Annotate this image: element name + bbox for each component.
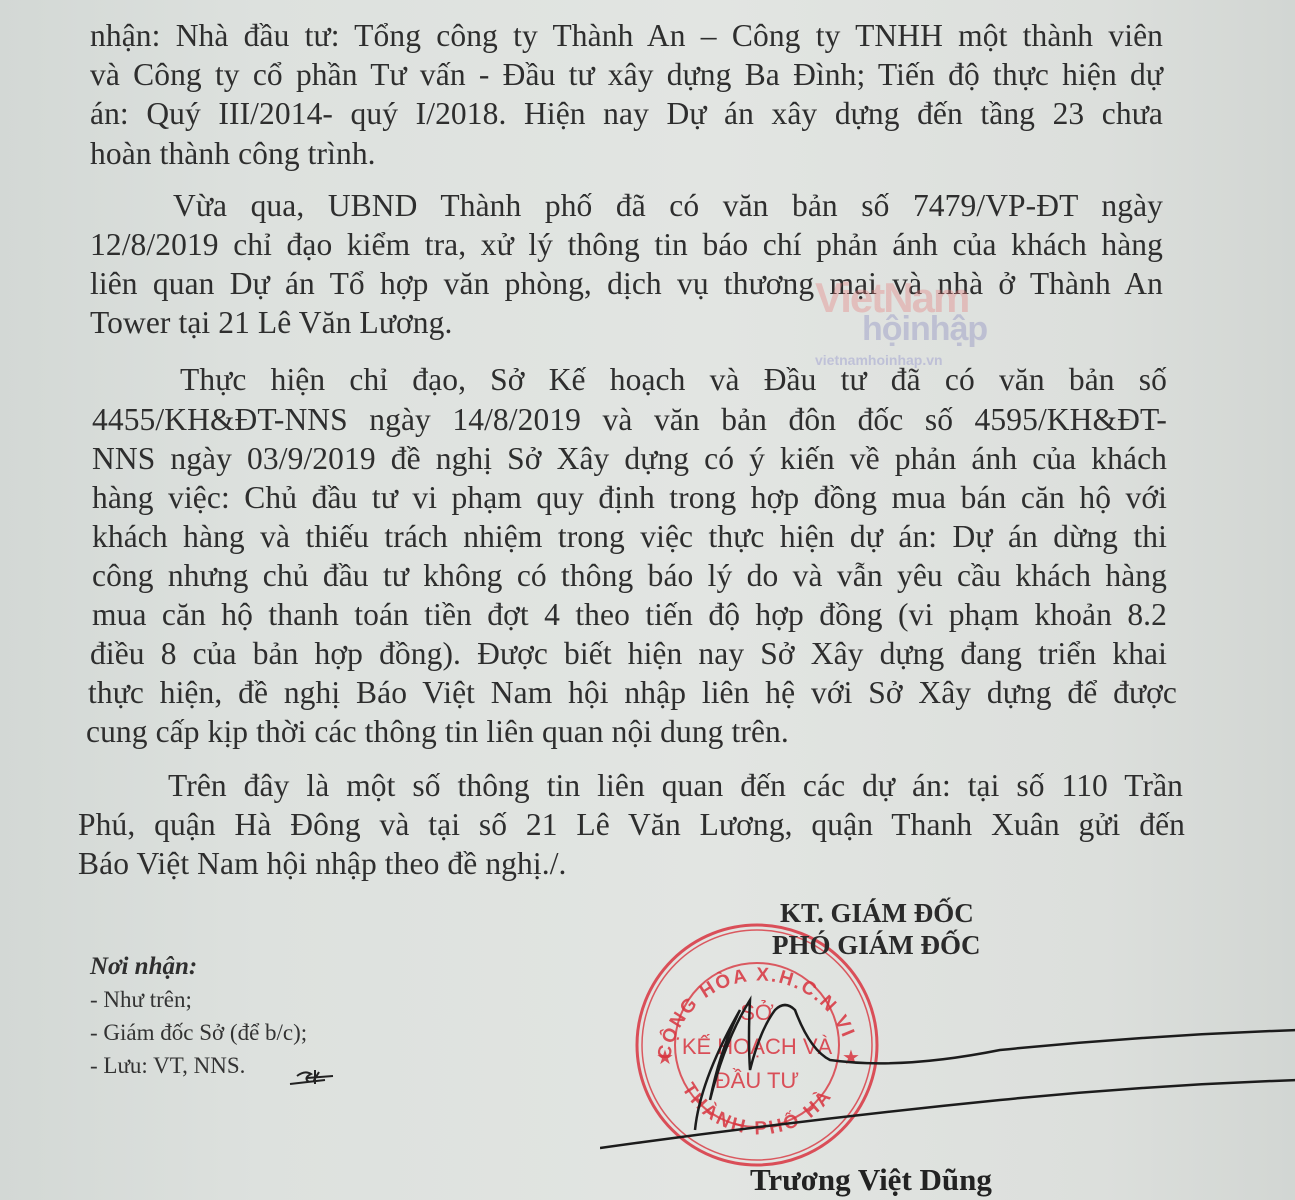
paragraph-3-line-9: thực hiện, đề nghị Báo Việt Nam hội nhập… [88,677,1177,709]
paragraph-3-line-6: công nhưng chủ đầu tư không có thông báo… [92,560,1167,592]
paragraph-1-line-1: nhận: Nhà đầu tư: Tổng công ty Thành An … [90,20,1163,52]
paragraph-4-line-3: Báo Việt Nam hội nhập theo đề nghị./. [78,848,567,880]
paragraph-1-line-2: và Công ty cổ phần Tư vấn - Đầu tư xây d… [90,59,1163,91]
signature-title-line-1: KT. GIÁM ĐỐC [780,898,974,929]
paragraph-2-line-3: liên quan Dự án Tổ hợp văn phòng, dịch v… [90,268,1163,300]
recipient-item: - Giám đốc Sở (để b/c); [90,1020,307,1046]
paragraph-1-line-3: án: Quý III/2014- quý I/2018. Hiện nay D… [90,98,1163,130]
paragraph-2-line-1: Vừa qua, UBND Thành phố đã có văn bản số… [173,190,1163,222]
paragraph-1-line-4: hoàn thành công trình. [90,138,376,170]
paragraph-2-line-4: Tower tại 21 Lê Văn Lương. [90,307,452,339]
paragraph-3-line-10: cung cấp kịp thời các thông tin liên qua… [86,716,789,748]
paragraph-4-line-1: Trên đây là một số thông tin liên quan đ… [168,770,1183,802]
paragraph-2-line-2: 12/8/2019 chỉ đạo kiểm tra, xử lý thông … [90,229,1163,261]
svg-text:★: ★ [656,1045,674,1069]
paragraph-3-line-7: mua căn hộ thanh toán tiền đợt 4 theo ti… [92,599,1167,631]
recipient-item: - Lưu: VT, NNS. [90,1053,245,1079]
seal-inner-line-3: ĐẦU TƯ [715,1068,799,1093]
document-page: nhận: Nhà đầu tư: Tổng công ty Thành An … [0,0,1295,1200]
svg-text:★: ★ [842,1045,860,1069]
signature-title-line-2: PHÓ GIÁM ĐỐC [772,930,981,961]
initials-scribble-icon [285,1058,355,1088]
recipients-title: Nơi nhận: [90,953,197,981]
signer-name: Trương Việt Dũng [750,1162,992,1198]
recipient-item: - Như trên; [90,987,192,1013]
paragraph-3-line-2: 4455/KH&ĐT-NNS ngày 14/8/2019 và văn bản… [92,404,1167,436]
paragraph-4-line-2: Phú, quận Hà Đông và tại số 21 Lê Văn Lư… [78,809,1185,841]
paragraph-3-line-3: NNS ngày 03/9/2019 đề nghị Sở Xây dựng c… [92,443,1167,475]
paragraph-3-line-8: điều 8 của bản hợp đồng). Được biết hiện… [90,638,1167,670]
paragraph-3-line-5: khách hàng và thiếu trách nhiệm trong vi… [92,521,1167,553]
paragraph-3-line-4: hàng việc: Chủ đầu tư vi phạm quy định t… [92,482,1167,514]
seal-inner-line-1: SỞ [740,1000,774,1025]
seal-inner-line-2: KẾ HOẠCH VÀ [682,1034,833,1059]
watermark-brand-bottom: hộinhập [862,310,987,349]
paragraph-3-line-1: Thực hiện chỉ đạo, Sở Kế hoạch và Đầu tư… [180,364,1167,396]
